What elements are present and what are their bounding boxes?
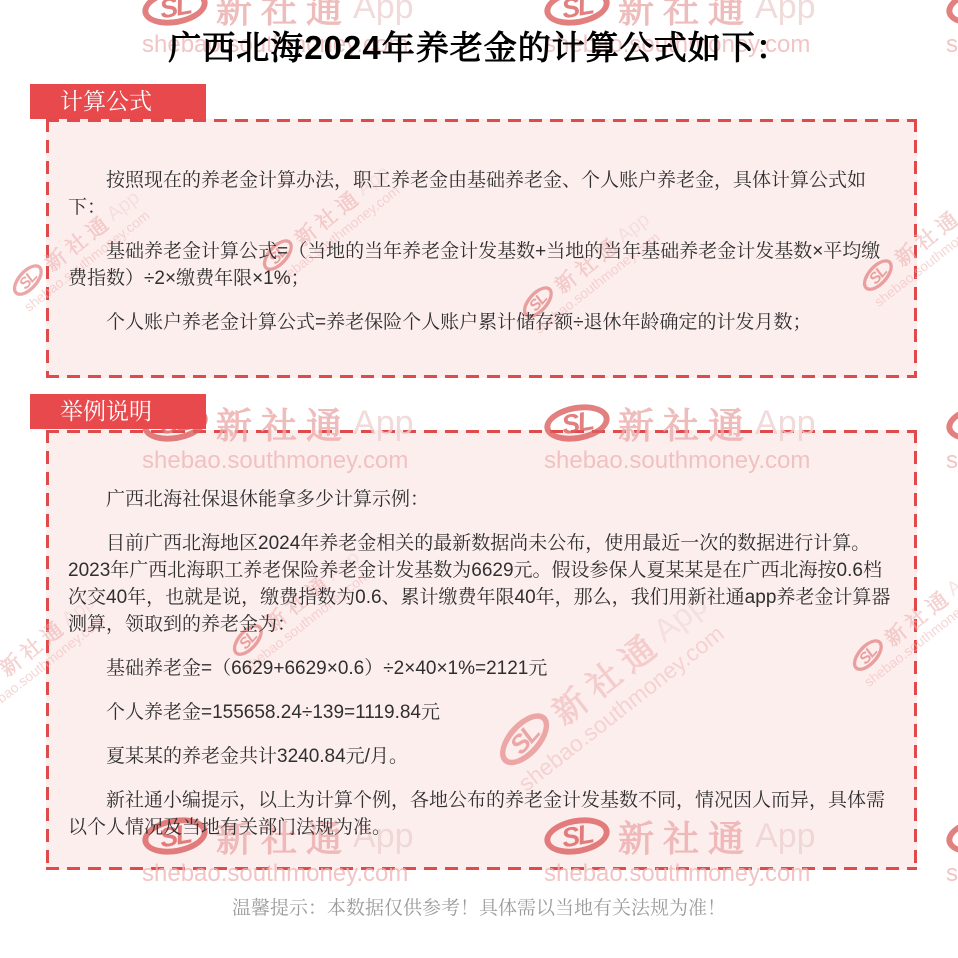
shetong-logo-icon: SL	[943, 400, 958, 447]
watermark: SL新社通Appshebao.southmoney.com	[946, 400, 958, 475]
paragraph: 夏某某的养老金共计3240.84元/月。	[68, 743, 897, 770]
paragraph: 新社通小编提示，以上为计算个例，各地公布的养老金计发基数不同，情况因人而异，具体…	[68, 787, 897, 841]
paragraph: 个人养老金=155658.24÷139=1119.84元	[68, 699, 897, 726]
paragraph: 基础养老金=（6629+6629×0.6）÷2×40×1%=2121元	[68, 655, 897, 682]
section-tab-label: 举例说明	[60, 398, 152, 424]
shetong-logo-icon: SL	[0, 664, 3, 706]
section-tab-example: 举例说明	[30, 394, 206, 429]
paragraph: 广西北海社保退休能拿多少计算示例：	[68, 486, 897, 513]
paragraph: 目前广西北海地区2024年养老金相关的最新数据尚未公布，使用最近一次的数据进行计…	[68, 530, 897, 638]
section-tab-label: 计算公式	[60, 88, 152, 114]
paragraph: 基础养老金计算公式=（当地的当年养老金计发基数+当地的当年基础养老金计发基数×平…	[68, 238, 897, 292]
footer-note: 温馨提示：本数据仅供参考！具体需以当地有关法规为准！	[0, 893, 958, 920]
shetong-logo-icon: SL	[943, 813, 958, 860]
calc-formula-box: 按照现在的养老金计算办法，职工养老金由基础养老金、个人账户养老金，具体计算公式如…	[46, 119, 917, 378]
paragraph: 按照现在的养老金计算办法，职工养老金由基础养老金、个人账户养老金，具体计算公式如…	[68, 167, 897, 221]
article-page: SL新社通Appshebao.southmoney.comSL新社通Appshe…	[0, 0, 958, 958]
paragraph: 个人账户养老金计算公式=养老保险个人账户累计储存额÷退休年龄确定的计发月数；	[68, 309, 897, 336]
section-tab-calc-formula: 计算公式	[30, 84, 206, 119]
watermark: SL新社通Appshebao.southmoney.com	[946, 813, 958, 888]
example-box: 广西北海社保退休能拿多少计算示例： 目前广西北海地区2024年养老金相关的最新数…	[46, 430, 917, 870]
shetong-logo-icon: SL	[7, 259, 48, 301]
page-title: 广西北海2024年养老金的计算公式如下：	[0, 22, 958, 69]
